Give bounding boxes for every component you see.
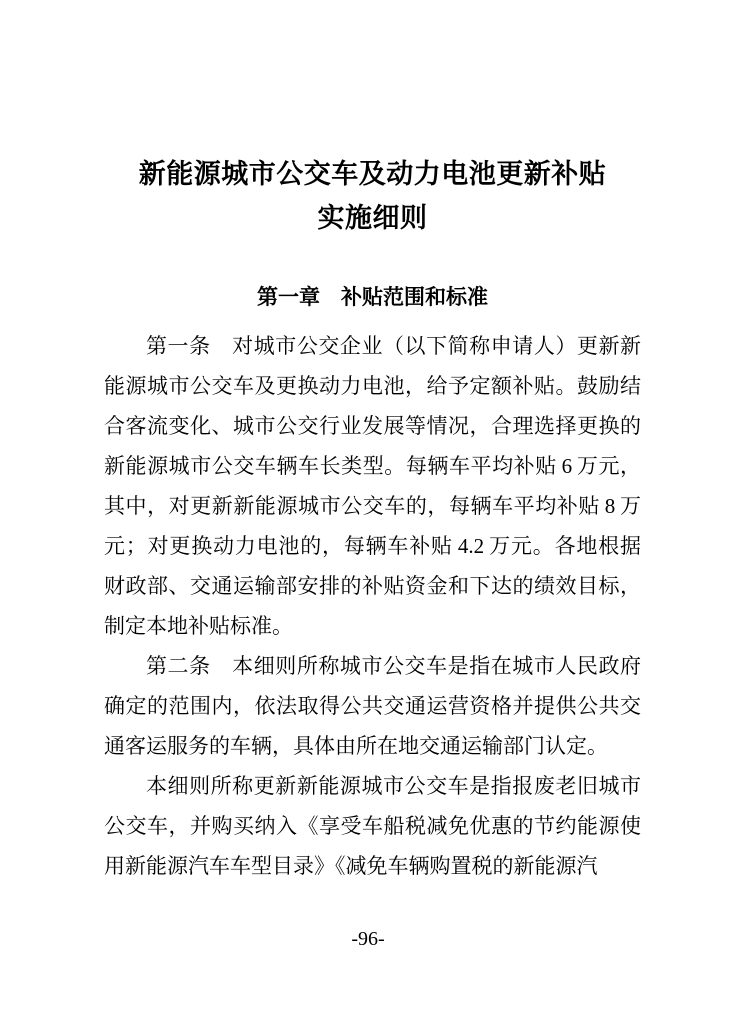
document-page: 新能源城市公交车及动力电池更新补贴 实施细则 第一章 补贴范围和标准 第一条 对… bbox=[0, 0, 736, 1009]
page-number: -96- bbox=[0, 924, 736, 954]
chapter-heading: 第一章 补贴范围和标准 bbox=[104, 282, 641, 314]
document-title: 新能源城市公交车及动力电池更新补贴 实施细则 bbox=[104, 152, 641, 240]
document-title-line-1: 新能源城市公交车及动力电池更新补贴 bbox=[104, 152, 641, 196]
document-content: 新能源城市公交车及动力电池更新补贴 实施细则 第一章 补贴范围和标准 第一条 对… bbox=[104, 0, 641, 886]
paragraph-article-2-continued: 本细则所称更新新能源城市公交车是指报废老旧城市公交车，并购买纳入《享受车船税减免… bbox=[104, 766, 641, 886]
document-title-line-2: 实施细则 bbox=[104, 196, 641, 240]
paragraph-article-2: 第二条 本细则所称城市公交车是指在城市人民政府确定的范围内，依法取得公共交通运营… bbox=[104, 646, 641, 766]
document-body: 第一条 对城市公交企业（以下简称申请人）更新新能源城市公交车及更换动力电池，给予… bbox=[104, 326, 641, 886]
paragraph-article-1: 第一条 对城市公交企业（以下简称申请人）更新新能源城市公交车及更换动力电池，给予… bbox=[104, 326, 641, 646]
